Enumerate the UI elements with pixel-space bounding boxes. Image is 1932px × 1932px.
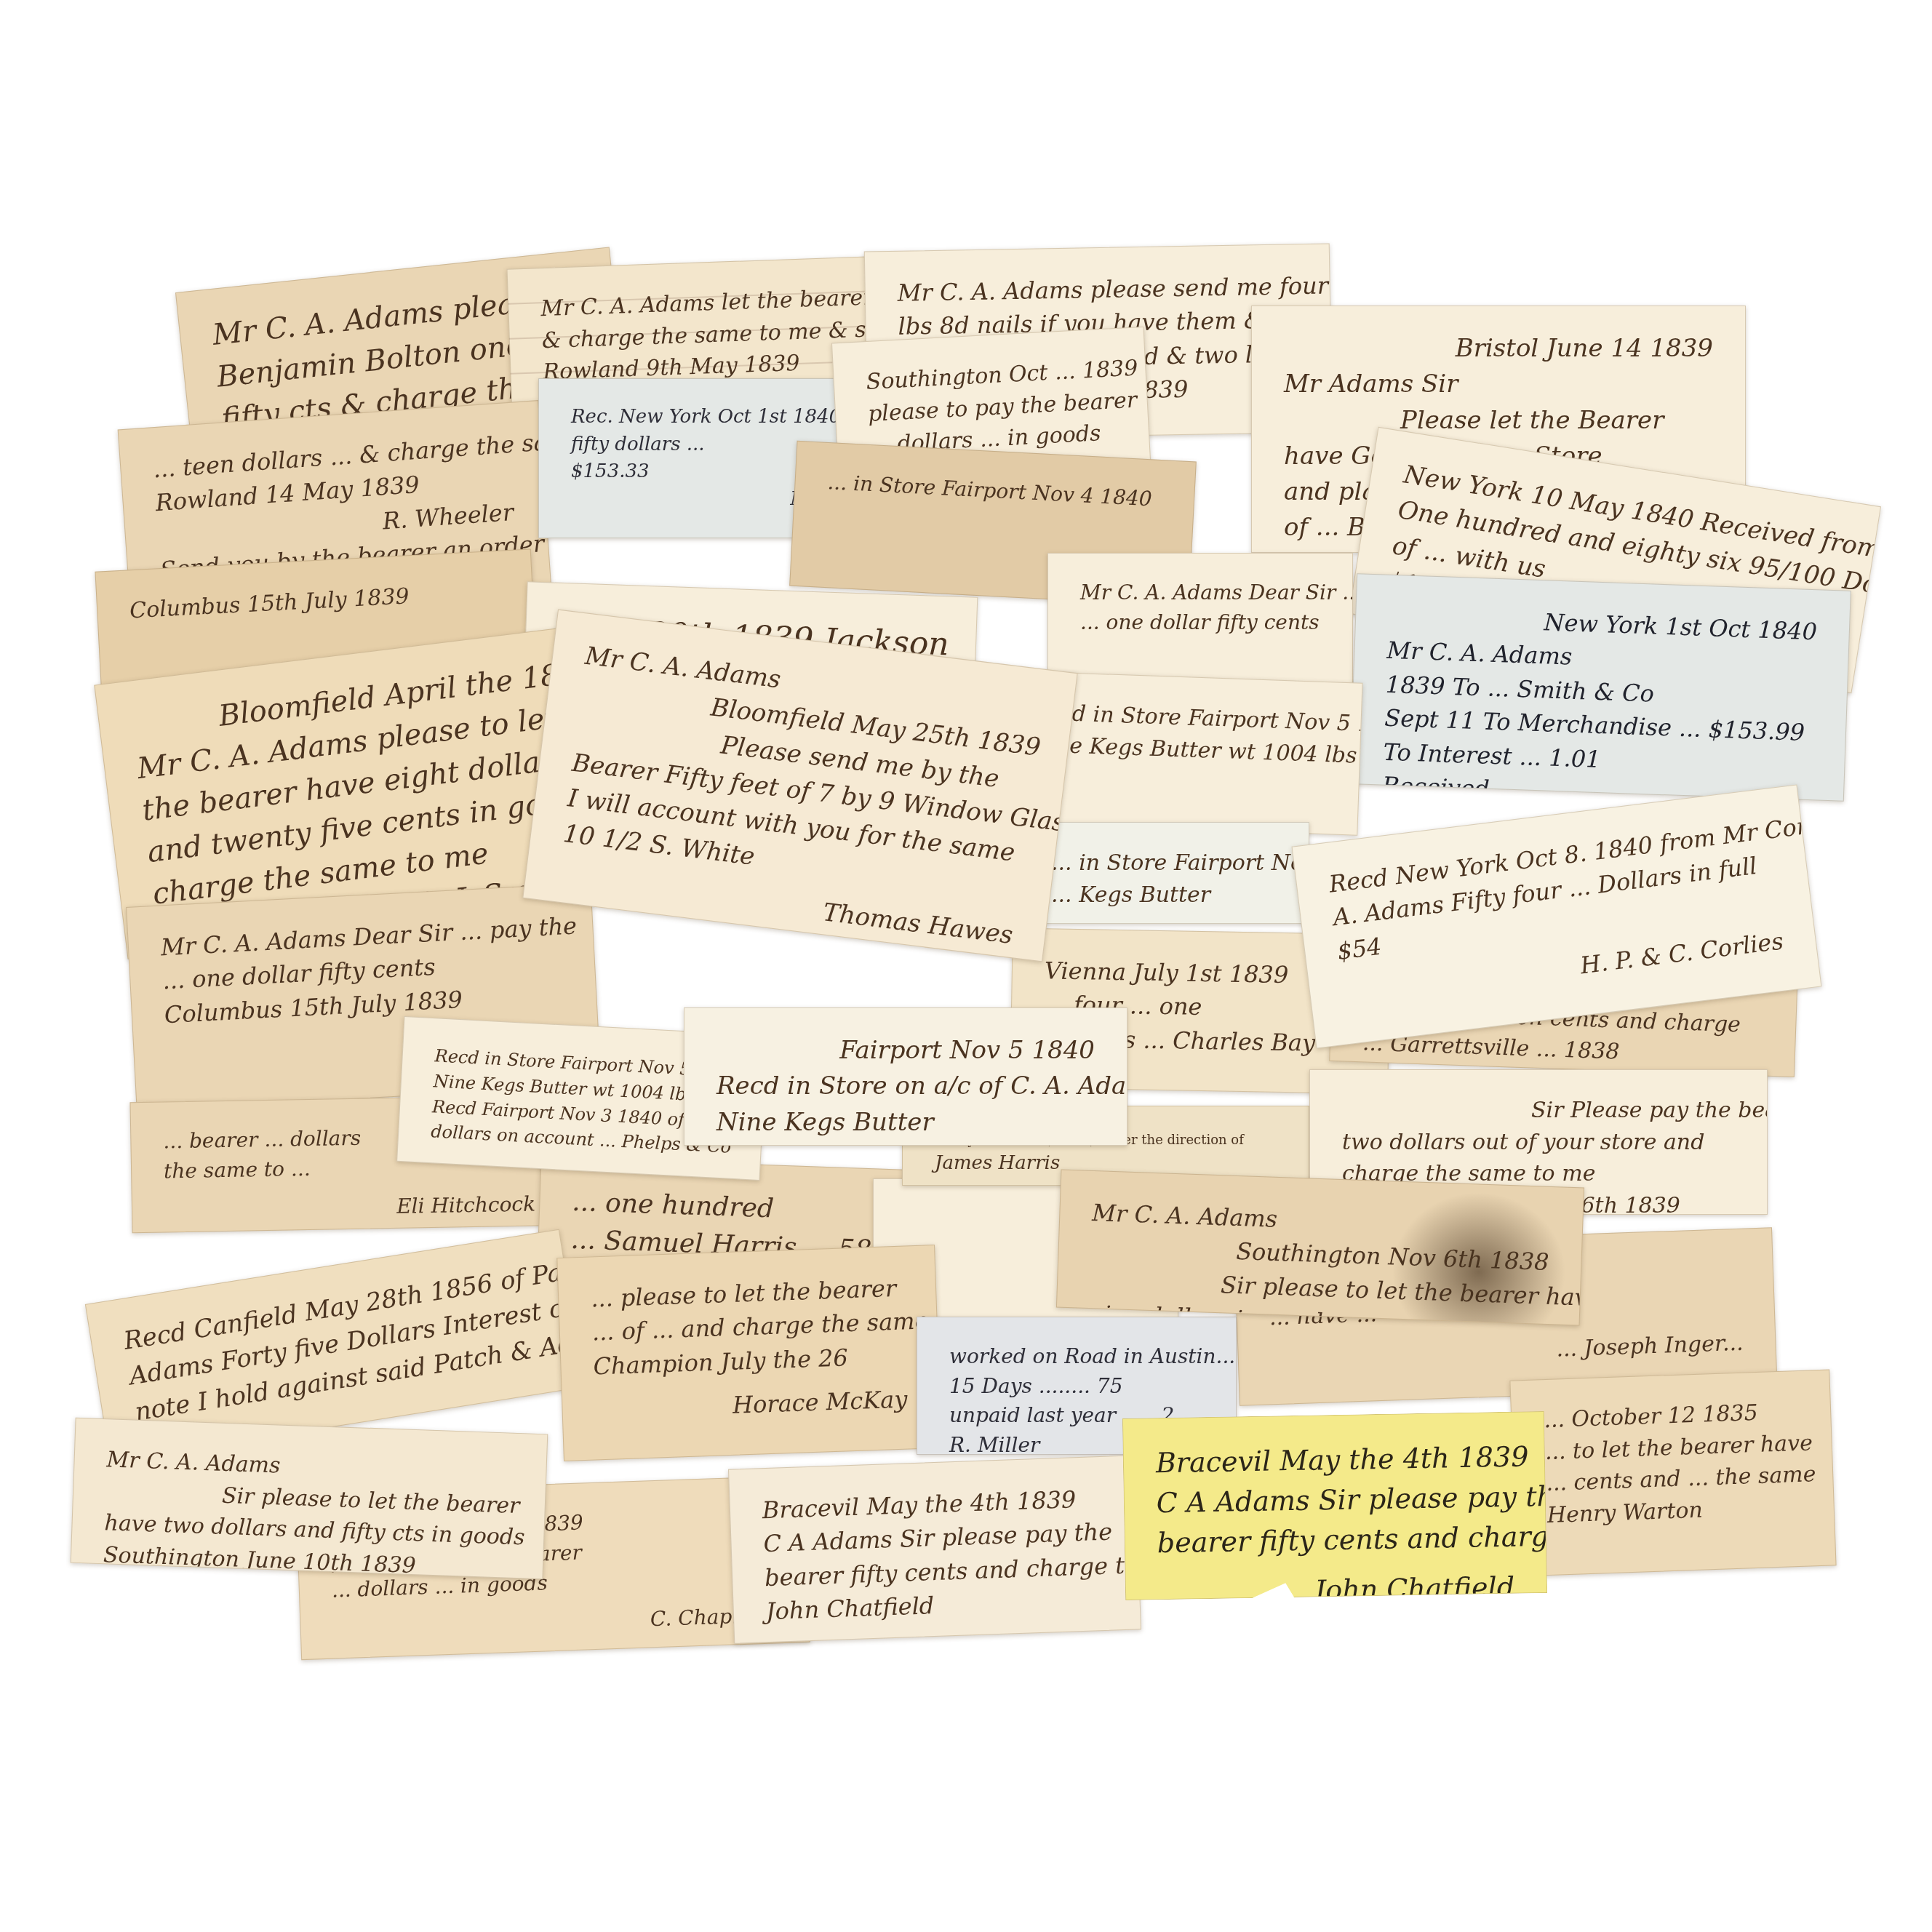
note-ny-oct-account: New York 1st Oct 1840 Mr C. A. Adams 183… (1349, 573, 1851, 802)
bracevil-line: bearer fifty cents and charge to (1157, 1517, 1514, 1564)
note-bracevil-yellow: Bracevil May the 4th 1839C A Adams Sir p… (1122, 1411, 1547, 1600)
note-southington-june: Mr C. A. Adams Sir please to let the bea… (71, 1418, 548, 1580)
note-champion-mckay-b: Bracevil May the 4th 1839 C A Adams Sir … (728, 1455, 1141, 1643)
note-fairport-nov-4-strip: ... in Store Fairport Nov 4 1840 ... Keg… (1018, 822, 1309, 924)
note-champion-mckay-a: ... please to let the bearer ... of ... … (556, 1245, 941, 1461)
photo-scene: Mr C. A. Adams please pay the Benjamin B… (0, 0, 1932, 1932)
bracevil-line: C A Adams Sir please pay the (1156, 1477, 1513, 1524)
bracevil-line: John Chatfield (1158, 1568, 1515, 1600)
bracevil-line: Bracevil May the 4th 1839 (1155, 1437, 1512, 1484)
note-fairport-nov-5-a: Fairport Nov 5 1840 Recd in Store on a/c… (684, 1007, 1127, 1146)
note-adams-nine-dollars: Mr C. A. Adams Southington Nov 6th 1838 … (1056, 1169, 1584, 1325)
note-bloomfield-window-glass: Mr C. A. Adams Bloomfield May 25th 1839 … (522, 610, 1077, 962)
note-october-1835: ... October 12 1835 ... to let the beare… (1509, 1369, 1836, 1576)
